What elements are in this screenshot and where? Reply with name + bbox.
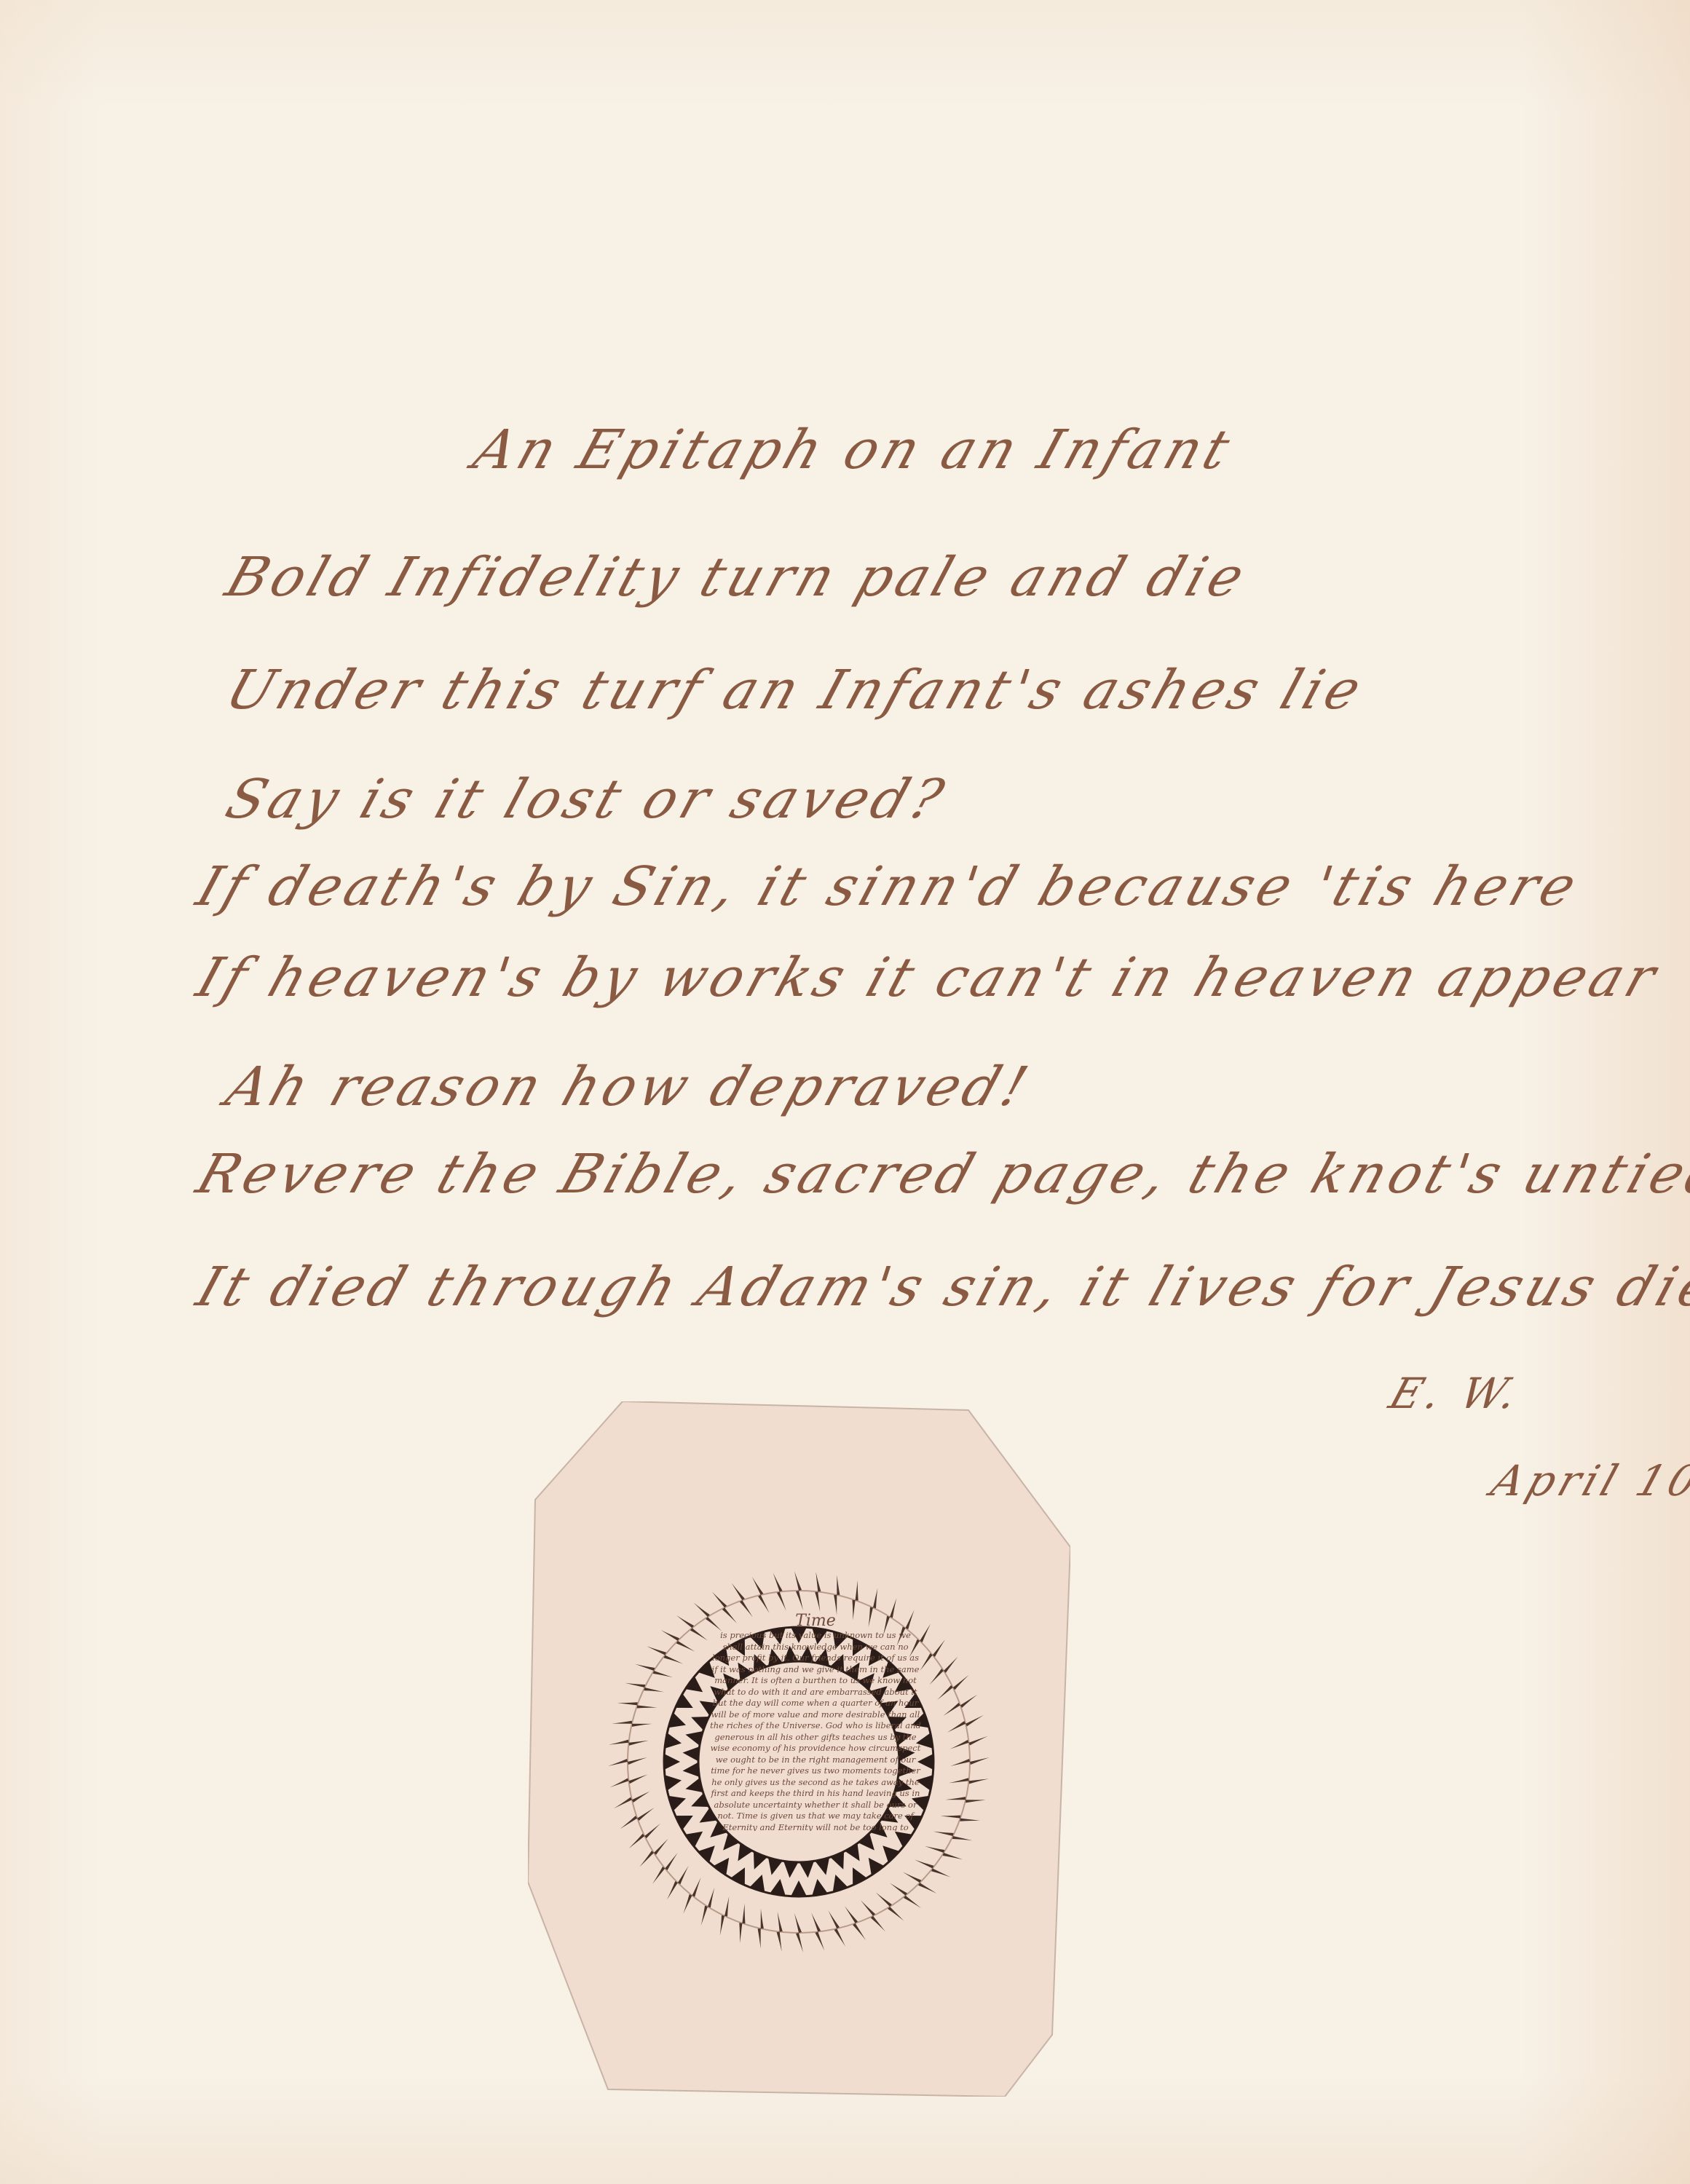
poem-line-2: Under this turf an Infant's ashes lie xyxy=(218,659,1373,721)
poem-line-3: Say is it lost or saved? xyxy=(218,768,955,831)
poem-line-4: If death's by Sin, it sinn'd because 'ti… xyxy=(189,855,1588,918)
poem-line-1: Bold Infidelity turn pale and die xyxy=(218,546,1256,609)
poem-line-6: Ah reason how depraved! xyxy=(218,1056,1039,1118)
poem-line-5: If heaven's by works it can't in heaven … xyxy=(189,946,1667,1009)
date-line: April 10th, 4 xyxy=(1485,1456,1690,1506)
signature-initials: E. W. xyxy=(1383,1369,1528,1418)
poem-line-7: Revere the Bible, sacred page, the knot'… xyxy=(189,1143,1690,1206)
poem-title: An Epitaph on an Infant xyxy=(466,419,1241,481)
essay-heading: Time xyxy=(710,1613,921,1630)
essay-body: is precious but its value is unknown to … xyxy=(710,1630,921,1831)
poem-line-8: It died through Adam's sin, it lives for… xyxy=(189,1256,1690,1318)
time-essay-text: Time is precious but its value is unknow… xyxy=(710,1613,921,1831)
